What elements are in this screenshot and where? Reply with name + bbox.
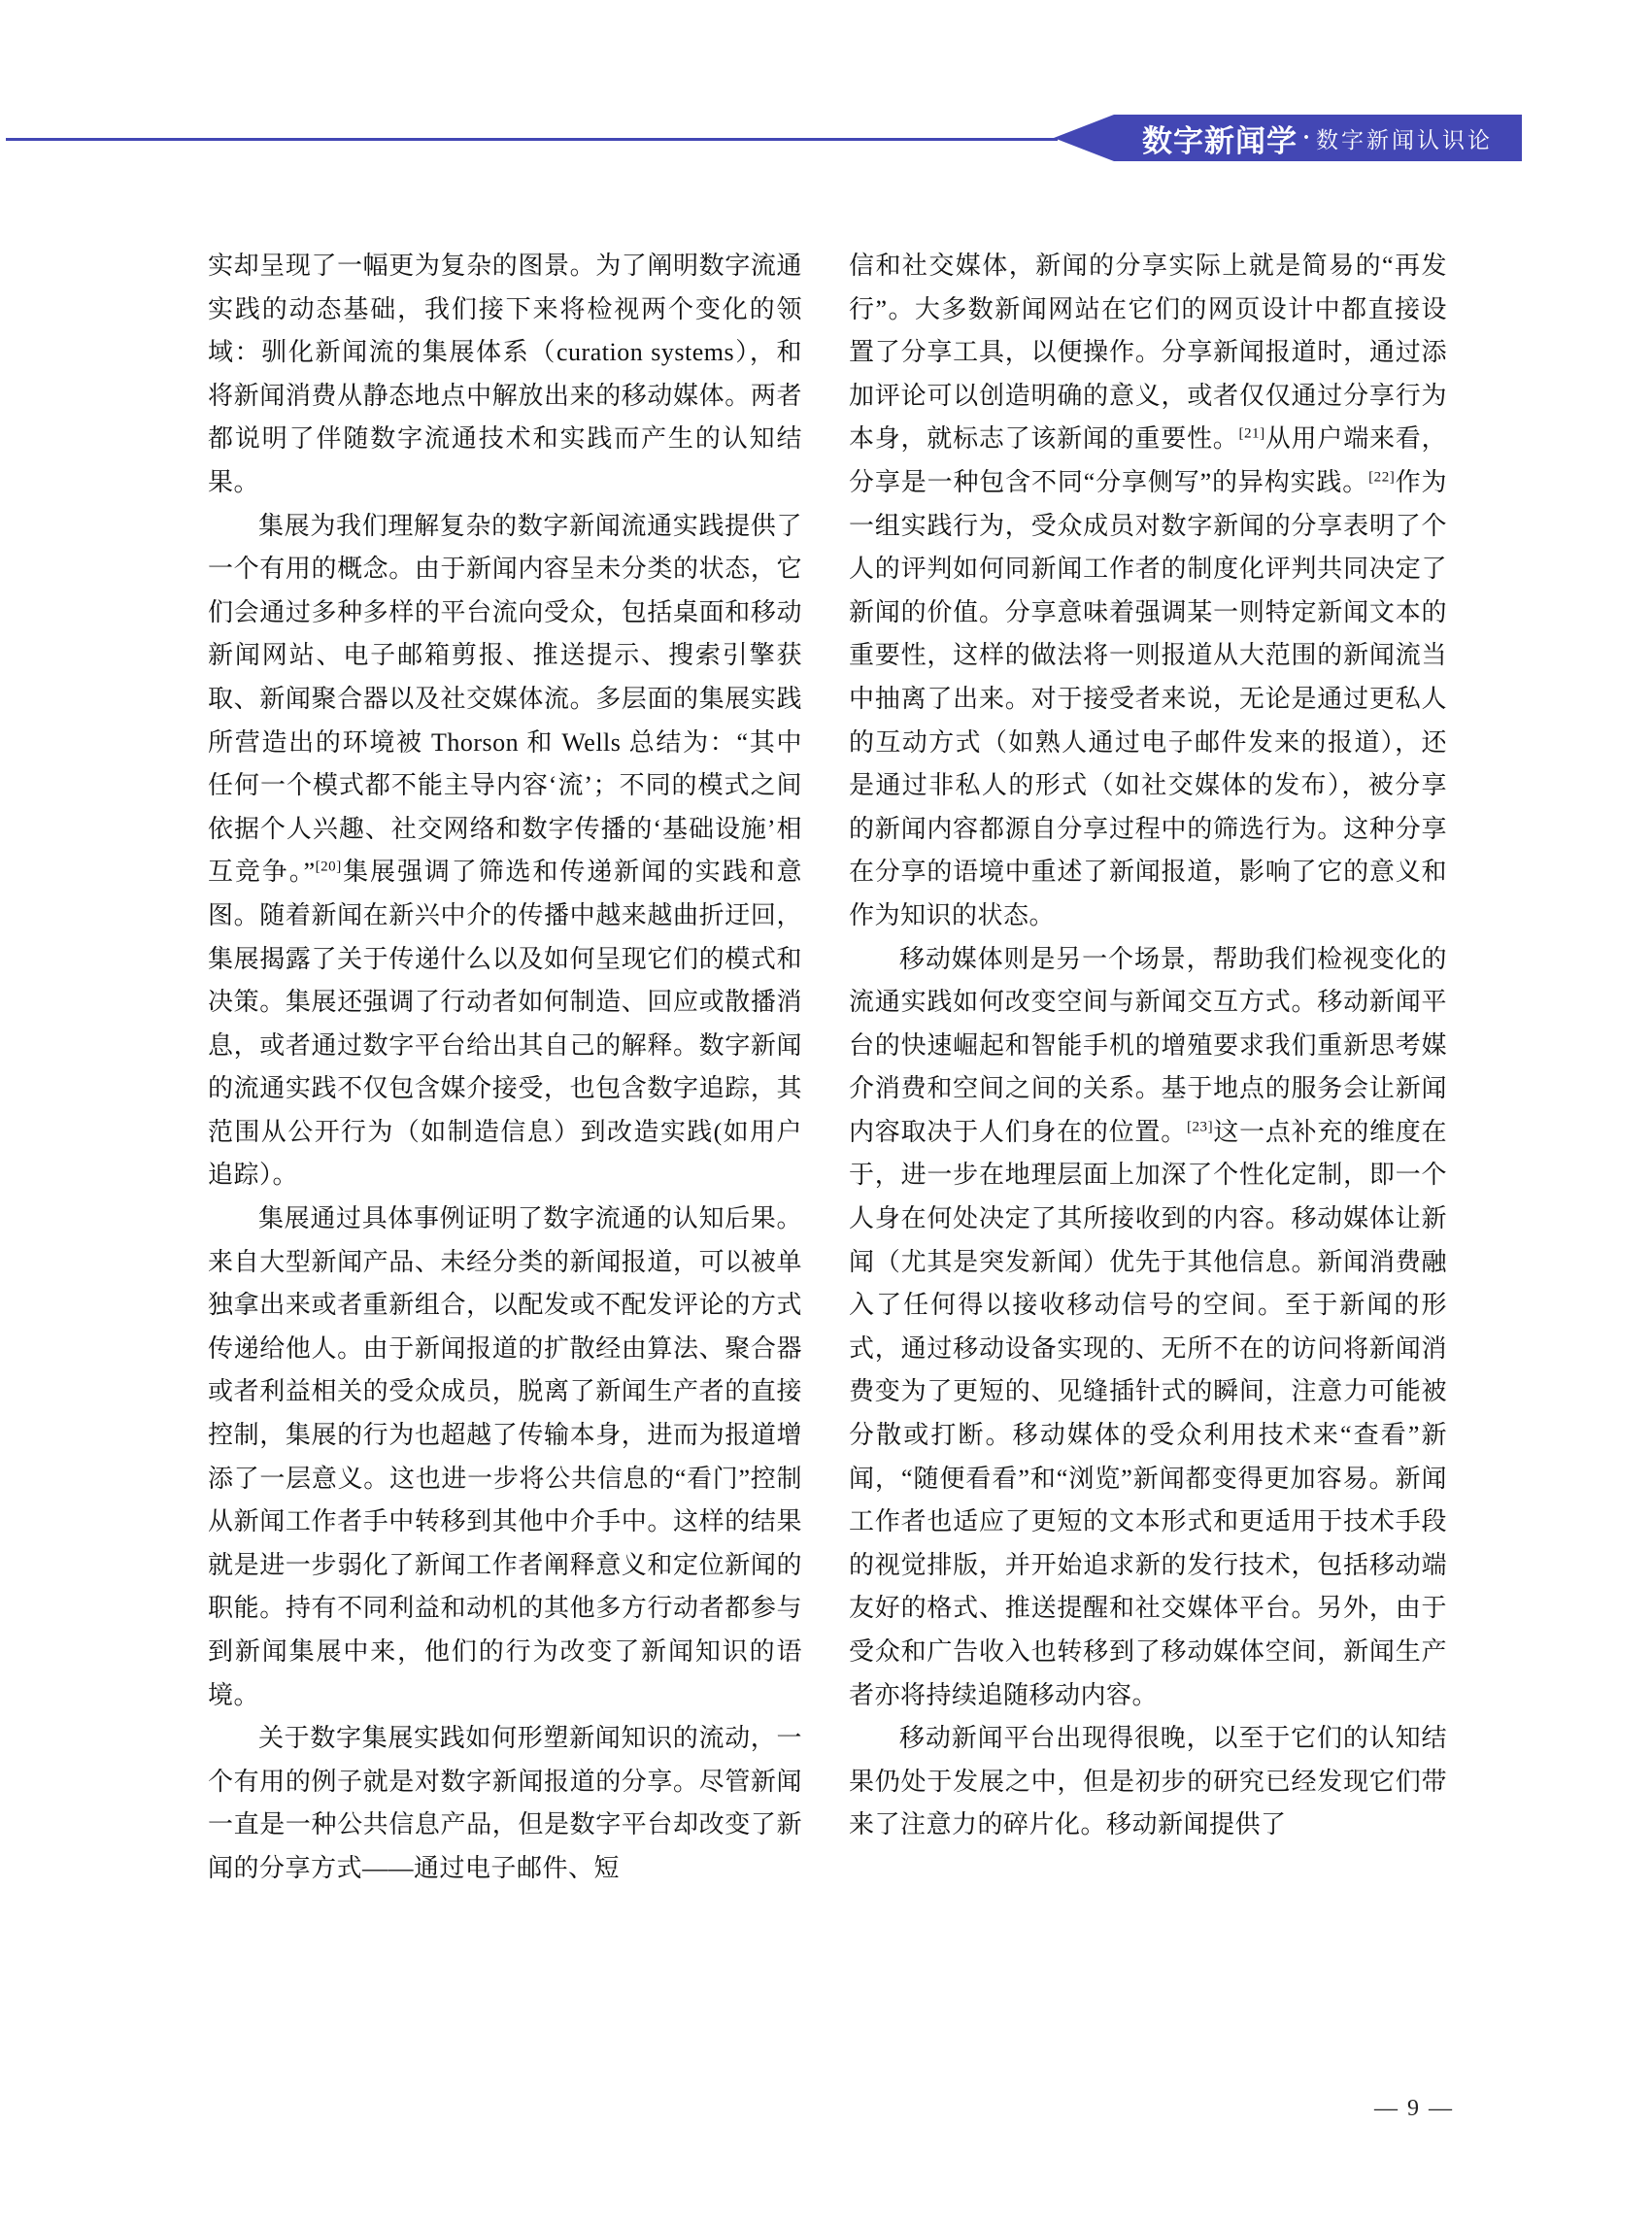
chapter-banner: 数字新闻学 · 数字新闻认识论: [1054, 115, 1522, 161]
chapter-title: 数字新闻认识论: [1316, 122, 1493, 154]
citation-ref: [20]: [316, 860, 342, 875]
header-rule: [6, 138, 1058, 141]
paragraph: 集展为我们理解复杂的数字新闻流通实践提供了一个有用的概念。由于新闻内容呈未分类的…: [208, 505, 802, 1198]
paragraph: 集展通过具体事例证明了数字流通的认知后果。来自大型新闻产品、未经分类的新闻报道，…: [208, 1197, 802, 1717]
paragraph: 移动新闻平台出现得很晚，以至于它们的认知结果仍处于发展之中，但是初步的研究已经发…: [849, 1717, 1447, 1847]
right-text-column: 信和社交媒体，新闻的分享实际上就是简易的“再发行”。大多数新闻网站在它们的网页设…: [849, 245, 1447, 1847]
citation-ref: [21]: [1239, 426, 1265, 442]
book-title: 数字新闻学: [1142, 117, 1298, 160]
citation-ref: [22]: [1368, 469, 1395, 485]
left-text-column: 实却呈现了一幅更为复杂的图景。为了阐明数字流通实践的动态基础，我们接下来将检视两…: [208, 245, 802, 1891]
book-page: 数字新闻学 · 数字新闻认识论 实却呈现了一幅更为复杂的图景。为了阐明数字流通实…: [0, 0, 1652, 2226]
citation-ref: [23]: [1187, 1119, 1213, 1134]
paragraph: 关于数字集展实践如何形塑新闻知识的流动，一个有用的例子就是对数字新闻报道的分享。…: [208, 1717, 802, 1890]
paragraph: 实却呈现了一幅更为复杂的图景。为了阐明数字流通实践的动态基础，我们接下来将检视两…: [208, 245, 802, 505]
paragraph: 信和社交媒体，新闻的分享实际上就是简易的“再发行”。大多数新闻网站在它们的网页设…: [849, 245, 1447, 938]
title-separator-dot: ·: [1302, 125, 1310, 152]
paragraph: 移动媒体则是另一个场景，帮助我们检视变化的流通实践如何改变空间与新闻交互方式。移…: [849, 938, 1447, 1718]
page-number: — 9 —: [1374, 2096, 1454, 2122]
